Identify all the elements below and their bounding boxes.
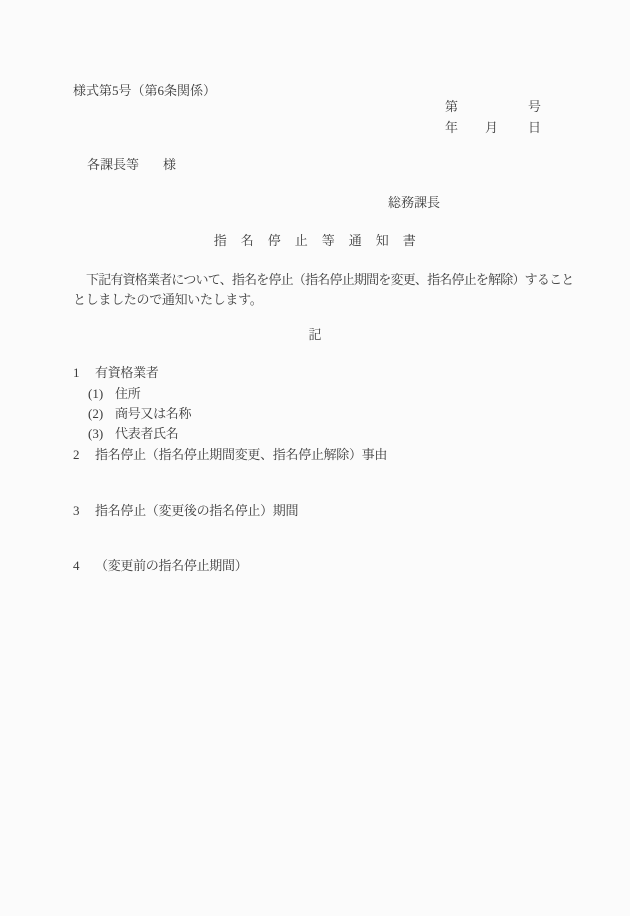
list-item-3: 3 指名停止（変更後の指名停止）期間 xyxy=(73,504,298,519)
date-day-label: 日 xyxy=(528,121,541,136)
document-page: 様式第5号（第6条関係） 第 号 年 月 日 各課長等 様 総務課長 指 名 停… xyxy=(0,0,630,916)
subitem-label: 住所 xyxy=(115,387,140,402)
item-label: 有資格業者 xyxy=(95,366,159,381)
doc-number-prefix: 第 xyxy=(445,100,458,115)
list-item-1: 1 有資格業者 xyxy=(73,366,159,381)
item-number: 1 xyxy=(73,366,95,381)
body-line-2: としましたので通知いたします。 xyxy=(73,293,563,308)
sender-title: 総務課長 xyxy=(388,196,440,211)
subitem-number: (3) xyxy=(88,427,115,442)
addressee-honorific: 様 xyxy=(163,158,176,173)
document-title: 指 名 停 止 等 通 知 書 xyxy=(0,234,630,249)
date-year-label: 年 xyxy=(445,121,458,136)
subitem-label: 商号又は名称 xyxy=(115,407,191,422)
list-subitem-1-3: (3) 代表者氏名 xyxy=(88,427,179,442)
item-label: （変更前の指名停止期間） xyxy=(95,559,247,574)
item-number: 2 xyxy=(73,448,95,463)
doc-number-suffix: 号 xyxy=(528,100,541,115)
list-subitem-1-2: (2) 商号又は名称 xyxy=(88,407,191,422)
item-label: 指名停止（変更後の指名停止）期間 xyxy=(95,504,298,519)
list-subitem-1-1: (1) 住所 xyxy=(88,387,140,402)
list-item-2: 2 指名停止（指名停止期間変更、指名停止解除）事由 xyxy=(73,448,387,463)
subitem-number: (2) xyxy=(88,407,115,422)
form-number: 様式第5号（第6条関係） xyxy=(73,84,216,99)
ki-marker: 記 xyxy=(0,328,630,343)
list-item-4: 4 （変更前の指名停止期間） xyxy=(73,559,247,574)
item-label: 指名停止（指名停止期間変更、指名停止解除）事由 xyxy=(95,448,387,463)
item-number: 4 xyxy=(73,559,95,574)
addressee-name: 各課長等 xyxy=(87,158,139,173)
item-number: 3 xyxy=(73,504,95,519)
subitem-number: (1) xyxy=(88,387,115,402)
subitem-label: 代表者氏名 xyxy=(115,427,179,442)
body-line-1: 下記有資格業者について、指名を停止（指名停止期間を変更、指名停止を解除）すること xyxy=(73,273,563,288)
date-month-label: 月 xyxy=(485,121,498,136)
